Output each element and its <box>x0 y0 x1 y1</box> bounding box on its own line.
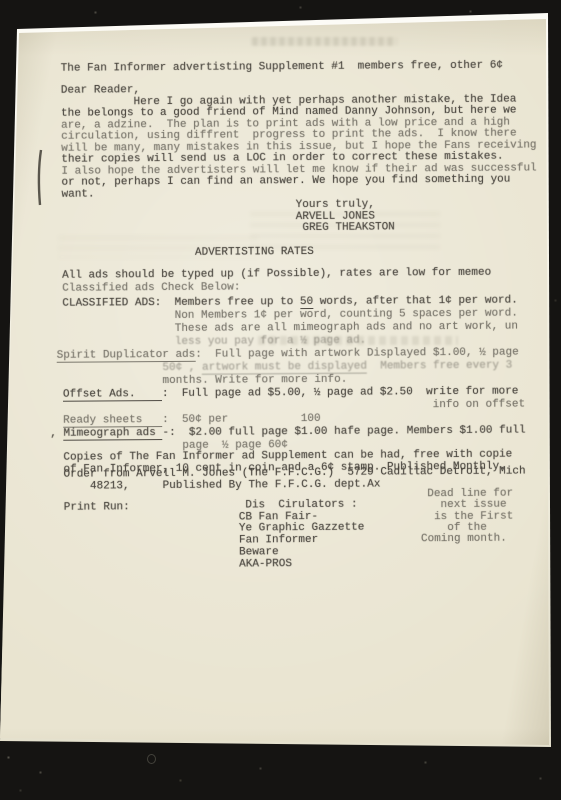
rate-text: : 50¢ per 100 <box>162 413 321 426</box>
distributor-item: Beware <box>239 546 365 559</box>
editor-letter: Dear Reader, Here I go again with yet pe… <box>61 82 537 200</box>
print-run-text: Print Run: <box>64 501 130 514</box>
rate-text: -: $2.00 full page $1.00 hafe page. Memb… <box>162 425 525 440</box>
rate-text: : Full page with artwork Displayed $1.00… <box>195 347 519 361</box>
rates-heading: ADVERTISTING RATES <box>195 246 314 259</box>
rate-text: 50¢ , <box>57 362 202 375</box>
rate-text: , <box>50 428 63 440</box>
handwritten-margin-mark <box>36 149 46 209</box>
underlined-text: Spirit Duplicator ads <box>57 349 196 363</box>
spirit-duplicator-rate: Spirit Duplicator ads: Full page with ar… <box>57 347 519 389</box>
deadline-line: Coming month. <box>421 534 513 546</box>
photo-background: The Fan Informer advertisting Supplement… <box>0 0 561 800</box>
rate-text: Members free every 3 <box>367 360 512 373</box>
background-ring-mark <box>147 754 156 764</box>
rates-heading-block: ADVERTISTING RATES <box>195 246 314 259</box>
underlined-text: artwork must be displayed <box>202 361 367 375</box>
rates-intro-line: Classified ads Check Below: <box>62 279 491 295</box>
rate-text: words, after that 1¢ per word. <box>313 295 518 308</box>
deadline-note: Dead line for next issue is the First of… <box>421 489 514 546</box>
distributor-item: AKA-PROS <box>239 558 365 571</box>
ready-rate-line: Ready sheets : 50¢ per 100 <box>63 413 321 427</box>
signature-name: GREG THEAKSTON <box>296 223 395 235</box>
underlined-text: Ready sheets <box>63 414 162 428</box>
rates-intro: All ads should be typed up (if Possible)… <box>62 267 491 295</box>
print-run-label: Print Run: <box>64 501 130 514</box>
distributors-list: Dis Cirulators : CB Fan Fair- Ye Graphic… <box>239 500 365 571</box>
background-speckles <box>0 0 1 1</box>
supplement-title-line: The Fan Informer advertisting Supplement… <box>61 60 503 75</box>
rate-text: : Full page ad $5.00, ½ page ad $2.50 wr… <box>162 386 519 400</box>
signature-block: Yours truly, ARVELL JONES GREG THEAKSTON <box>296 199 395 235</box>
ready-sheets-rate: Ready sheets : 50¢ per 100 <box>63 413 321 427</box>
classified-ads-rate: CLASSIFIED ADS: Members free up to 50 wo… <box>62 295 518 350</box>
typewritten-text: The Fan Informer advertisting Supplement… <box>60 0 561 800</box>
underlined-text: Mimeograph ads <box>63 427 162 441</box>
underlined-text: Offset Ads. <box>63 388 162 402</box>
rate-text: CLASSIFIED ADS: Members free up to <box>62 296 300 310</box>
offset-ads-rate: Offset Ads. : Full page ad $5.00, ½ page… <box>63 386 525 415</box>
supplement-title-block: The Fan Informer advertisting Supplement… <box>61 60 503 75</box>
underlined-text: 50 <box>300 296 313 309</box>
